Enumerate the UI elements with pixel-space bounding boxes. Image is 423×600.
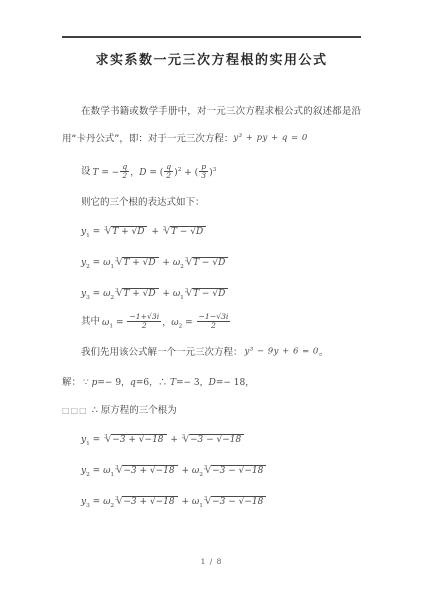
page-number: 1 / 8 xyxy=(62,557,361,566)
intro-paragraph: 在数学书籍或数学手册中，对一元三次方程求根公式的叙述都是沿用“卡丹公式”，即：对… xyxy=(62,98,361,153)
solution-values-line: 解：∵ p=− 9，q=6，∴ T=− 3，D=− 18， xyxy=(62,374,361,388)
document-page: 求实系数一元三次方程根的实用公式 在数学书籍或数学手册中，对一元三次方程求根公式… xyxy=(0,0,423,600)
general-root-formula-y3: y3 = ω23√T + √D + ω13√T − √D xyxy=(62,288,361,301)
specific-root-formula-y3: y3 = ω23√−3 + √−18 + ω13√−3 − √−18 xyxy=(62,496,361,509)
specific-root-formula-y2: y2 = ω13√−3 + √−18 + ω23√−3 − √−18 xyxy=(62,465,361,478)
example-equation-line: 我们先用该公式解一个一元三次方程：y³ − 9y + 6 = 0。 xyxy=(62,344,361,358)
general-cubic-equation-inline: y³ + py + q = 0 xyxy=(233,133,307,143)
general-root-formula-y2: y2 = ω13√T + √D + ω23√T − √D xyxy=(62,257,361,270)
setup-definitions-formula: 设T = −q2，D = (q2)2 + (p3)3 xyxy=(62,163,361,182)
roots-intro-text: 则它的三个根的表达式如下： xyxy=(62,194,361,208)
general-root-formula-y1: y1 = 3√T + √D + 3√T − √D xyxy=(62,226,361,239)
page-title: 求实系数一元三次方程根的实用公式 xyxy=(62,49,361,68)
header-rule xyxy=(62,36,361,38)
specific-root-formula-y1: y1 = 3√−3 + √−18 + 3√−3 − √−18 xyxy=(62,434,361,447)
intro-text: 在数学书籍或数学手册中，对一元三次方程求根公式的叙述都是沿用“卡丹公式”，即：对… xyxy=(62,106,361,145)
roots-label-line: □□□∴ 原方程的三个根为 xyxy=(62,402,361,416)
omega-definitions-formula: 其中ω1 = −1+√3i2，ω2 = −1−√3i2 xyxy=(62,313,361,332)
